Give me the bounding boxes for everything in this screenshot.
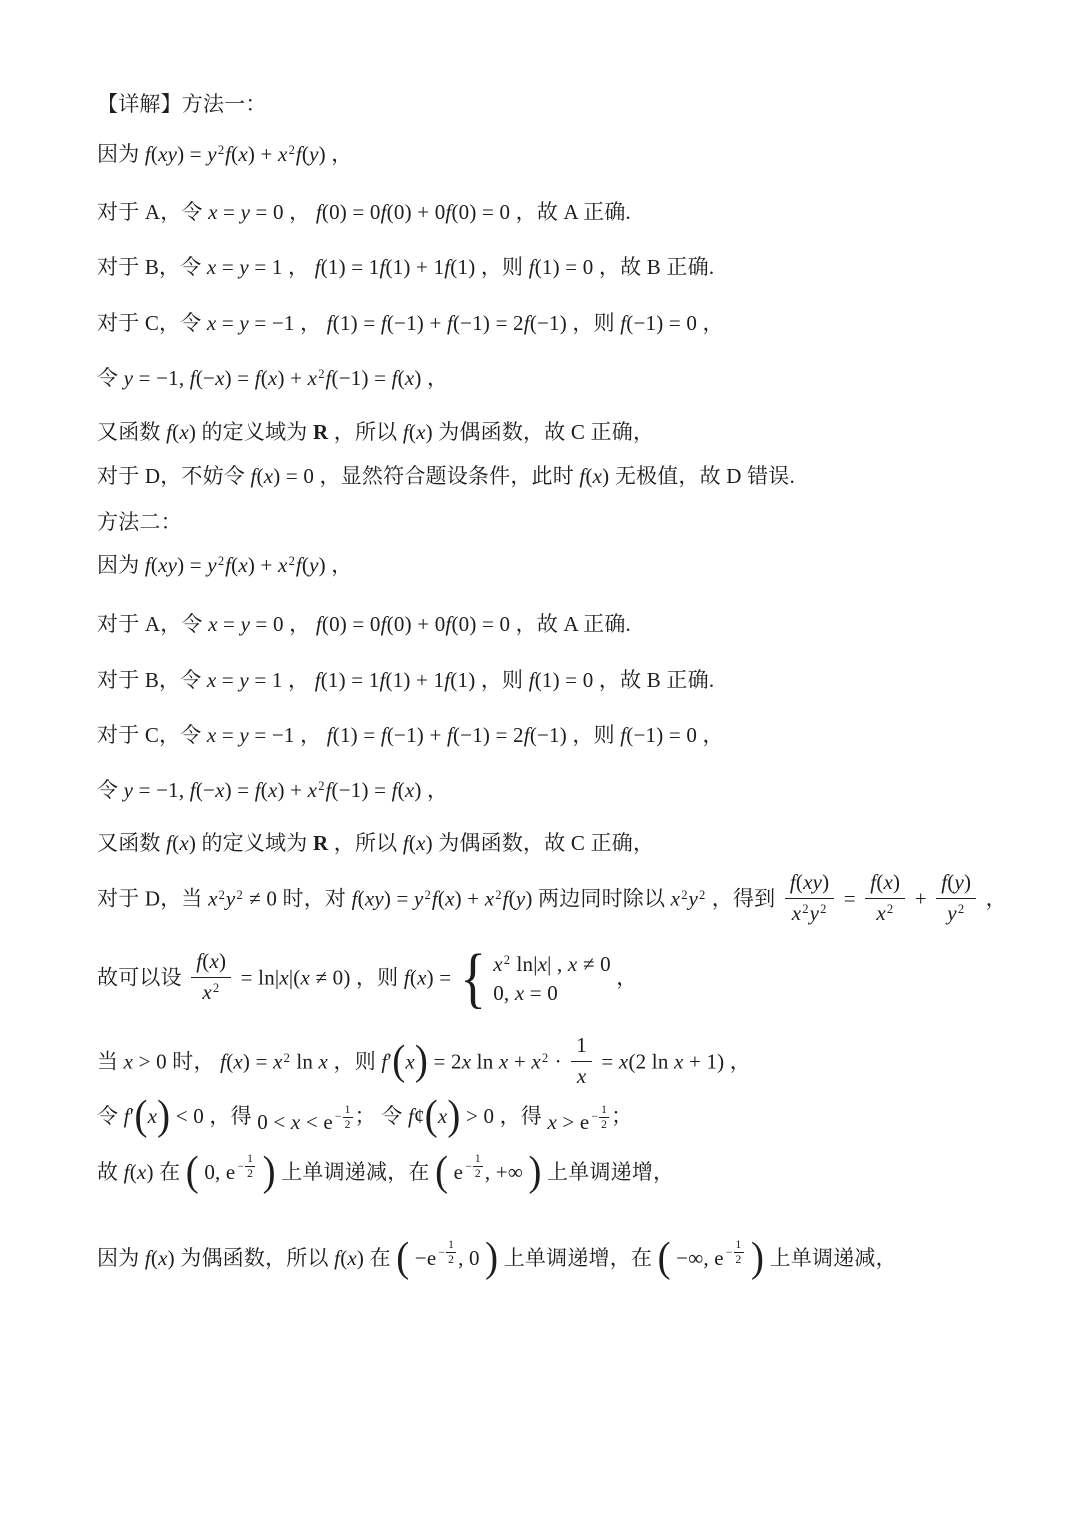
exponent-fraction: −12 <box>591 1104 609 1131</box>
text-run: ) 在 <box>146 1160 185 1184</box>
fraction-numerator: 1 <box>599 1104 609 1118</box>
big-paren: ( <box>186 1154 199 1188</box>
piecewise-row: 0, x = 0 <box>493 981 611 1006</box>
text-run: ln <box>291 1050 319 1074</box>
text-run: = 0 ， <box>250 200 316 224</box>
text-run: ) + <box>278 366 308 390</box>
math-variable: x <box>485 887 495 911</box>
text-run: ≠ 0 <box>577 952 610 976</box>
text-run: −∞, e <box>671 1246 724 1270</box>
text-run: ( <box>398 366 405 390</box>
superscript: 2 <box>288 143 296 157</box>
math-variable: x <box>179 831 189 855</box>
text-run: 故可以设 <box>97 966 187 990</box>
text-run: 故 <box>97 1160 124 1184</box>
math-variable: x <box>124 1050 134 1074</box>
text-run: (1) = 0 ，故 B 正确. <box>535 255 715 279</box>
text-run: (0) + 0 <box>387 200 446 224</box>
text-run: ( <box>876 870 883 894</box>
text-run: (1) = <box>333 311 381 335</box>
superscript: 2 <box>218 888 226 902</box>
text-run: ) + <box>278 778 308 802</box>
big-paren: ( <box>396 1240 409 1274</box>
math-variable: x <box>278 142 288 166</box>
math-variable: y <box>239 668 249 692</box>
text-run: = −1, <box>133 366 190 390</box>
text-run: ) 的定义域为 <box>189 420 313 444</box>
text-run: = <box>216 723 239 747</box>
text-run: ) 两边同时除以 <box>525 887 670 911</box>
math-variable: y <box>516 887 526 911</box>
text-run: 上单调递增，在 <box>498 1246 657 1270</box>
text-run: 当 <box>97 1050 124 1074</box>
fraction-denominator: y2 <box>947 899 965 926</box>
text-run: (1) + 1 <box>386 668 445 692</box>
fraction-denominator: 2 <box>601 1118 607 1131</box>
text-run: 对于 D，不妨令 <box>97 464 250 488</box>
superscript: 2 <box>317 779 325 793</box>
minus-sign: − <box>438 1247 445 1259</box>
math-variable: x <box>876 901 886 925</box>
text-run: (−1) ，则 <box>530 723 620 747</box>
text-run: 【详解】方法一： <box>97 92 267 116</box>
text-run: ) = <box>225 778 255 802</box>
math-variable: x <box>238 142 248 166</box>
text-run: ) 为偶函数，故 C 正确， <box>426 831 655 855</box>
text-run: , +∞ <box>485 1160 529 1184</box>
text-run: (−1) = <box>332 366 392 390</box>
text-run: (0) = 0 <box>322 612 381 636</box>
math-variable: x <box>300 966 310 990</box>
lowered-run: 0 < x < e−12 <box>257 1110 354 1140</box>
math-variable: y <box>207 142 217 166</box>
math-variable: x <box>547 1110 557 1134</box>
document-line: 方法二： <box>97 506 182 536</box>
text-run: ( <box>438 887 445 911</box>
math-variable: x <box>792 901 802 925</box>
math-variable: x <box>405 366 415 390</box>
document-line: 因为 f(xy) = y2f(x) + x2f(y) ， <box>97 549 353 579</box>
text-run: ) ， <box>414 778 448 802</box>
text-run: < e <box>300 1110 332 1134</box>
text-run: ，得到 <box>706 887 781 911</box>
text-run: 对于 B，令 <box>97 255 207 279</box>
superscript: 2 <box>886 902 894 916</box>
document-line: 对于 D，不妨令 f(x) = 0 ，显然符合题设条件，此时 f(x) 无极值，… <box>97 460 795 490</box>
text-run: ) <box>964 870 971 894</box>
math-variable: x <box>158 1246 168 1270</box>
math-variable: y <box>414 887 424 911</box>
text-run: 对于 A，令 <box>97 612 208 636</box>
fraction: f(xy)x2y2 <box>785 870 835 925</box>
fraction-numerator: f(x) <box>865 870 905 898</box>
math-variable: x <box>278 553 288 577</box>
text-run: 又函数 <box>97 420 166 444</box>
math-variable: x <box>179 420 189 444</box>
piecewise-function: {x2 ln|x| , x ≠ 00, x = 0 <box>457 952 611 1006</box>
math-variable: y <box>124 778 134 802</box>
text-run: , 0 <box>458 1246 485 1270</box>
text-run: ) = <box>384 887 414 911</box>
text-run: (−1) + <box>387 723 447 747</box>
superscript: 2 <box>503 953 511 967</box>
text-run: ) 为偶函数，故 C 正确， <box>426 420 655 444</box>
text-run: ln| <box>511 952 538 976</box>
big-paren: ( <box>135 1098 148 1132</box>
minus-sign: − <box>335 1111 342 1123</box>
text-run: ) 无极值，故 D 错误. <box>602 464 795 488</box>
text-run: > e <box>557 1110 589 1134</box>
math-variable: y <box>239 255 249 279</box>
superscript: 2 <box>680 888 688 902</box>
math-variable: x <box>148 1104 158 1128</box>
text-run: = <box>218 612 241 636</box>
math-variable: xy <box>158 142 177 166</box>
math-variable: x <box>319 1050 329 1074</box>
math-variable: x <box>233 1050 243 1074</box>
fraction-denominator: 2 <box>448 1253 454 1266</box>
math-bold-set-symbol: R <box>313 831 328 855</box>
fraction-denominator: 2 <box>247 1167 253 1180</box>
superscript: 2 <box>217 143 225 157</box>
text-run: (0) = 0 ，故 A 正确. <box>451 612 631 636</box>
fraction: f(x)x2 <box>865 870 905 925</box>
math-variable: x <box>208 887 218 911</box>
math-variable: x <box>499 1050 509 1074</box>
document-line: 因为 f(xy) = y2f(x) + x2f(y) ， <box>97 138 353 168</box>
text-run: ) <box>893 870 900 894</box>
text-run: 对于 B，令 <box>97 668 207 692</box>
superscript: 2 <box>217 554 225 568</box>
text-run: ( <box>202 949 209 973</box>
math-variable: x <box>577 1064 587 1088</box>
text-run: ) + <box>248 553 278 577</box>
document-line: 当 x > 0 时， f(x) = x2 ln x ，则 f′(x) = 2x … <box>97 1036 751 1091</box>
math-variable: y <box>124 366 134 390</box>
fraction-numerator: 1 <box>446 1239 456 1253</box>
text-run: (1) ，则 <box>450 255 528 279</box>
text-run: = 2 <box>428 1050 462 1074</box>
text-run: ) = 0 ，显然符合题设条件，此时 <box>273 464 579 488</box>
text-run: ( <box>585 464 592 488</box>
math-variable: x <box>279 966 289 990</box>
fraction-numerator: f(y) <box>936 870 976 898</box>
document-line: 故 f(x) 在 ( 0, e−12 ) 上单调递减，在 ( e−12, +∞ … <box>97 1156 674 1190</box>
text-run: 对于 C，令 <box>97 311 207 335</box>
text-run: (−1) + <box>387 311 447 335</box>
text-run: ) = <box>177 142 207 166</box>
math-variable: x <box>308 366 318 390</box>
superscript: 2 <box>288 554 296 568</box>
text-run: = <box>216 255 239 279</box>
document-line: 对于 A，令 x = y = 0 ， f(0) = 0f(0) + 0f(0) … <box>97 196 631 226</box>
fraction-denominator: 2 <box>345 1118 351 1131</box>
text-run: ¢ <box>414 1104 425 1128</box>
text-run: ) = <box>225 366 255 390</box>
math-variable: x <box>202 980 212 1004</box>
document-line: 又函数 f(x) 的定义域为 R ，所以 f(x) 为偶函数，故 C 正确， <box>97 827 654 857</box>
document-line: 对于 C，令 x = y = −1 ， f(1) = f(−1) + f(−1)… <box>97 307 724 337</box>
fraction: f(x)x2 <box>191 949 231 1004</box>
text-run: 对于 A，令 <box>97 200 208 224</box>
text-run: = <box>596 1050 619 1074</box>
text-run: (1) + 1 <box>386 255 445 279</box>
text-run: > 0 时， <box>133 1050 220 1074</box>
text-run: 令 <box>97 778 124 802</box>
math-variable: x <box>264 464 274 488</box>
text-run: (−1) ，则 <box>530 311 620 335</box>
math-variable: x <box>416 420 426 444</box>
math-variable: x <box>417 966 427 990</box>
text-run: 令 <box>97 1104 124 1128</box>
text-run: ，所以 <box>328 420 403 444</box>
text-run: + 1) ， <box>684 1050 752 1074</box>
math-variable: y <box>309 142 319 166</box>
text-run: (0) = 0 <box>322 200 381 224</box>
math-variable: x <box>215 778 225 802</box>
text-run: = 1 ， <box>249 668 315 692</box>
document-line: 因为 f(x) 为偶函数，所以 f(x) 在 ( −e−12, 0 ) 上单调递… <box>97 1242 897 1276</box>
text-run: | , <box>547 952 568 976</box>
fraction: 1x <box>571 1033 592 1088</box>
text-run: 对于 D，当 <box>97 887 208 911</box>
left-brace: { <box>460 952 486 1004</box>
superscript: 2 <box>317 367 325 381</box>
document-line: 对于 B，令 x = y = 1 ， f(1) = 1f(1) + 1f(1) … <box>97 251 714 281</box>
fraction-denominator: x2 <box>202 978 220 1005</box>
math-variable: x <box>531 1050 541 1074</box>
text-run: (1) = 0 ，故 B 正确. <box>535 668 715 692</box>
fraction-numerator: 1 <box>734 1239 744 1253</box>
superscript: 2 <box>698 888 706 902</box>
math-variable: y <box>954 870 964 894</box>
text-run: ≠ 0) ，则 <box>310 966 404 990</box>
text-run: ) 为偶函数，所以 <box>168 1246 335 1270</box>
big-paren: ) <box>415 1044 428 1078</box>
text-run: ) = <box>177 553 207 577</box>
superscript: 2 <box>235 888 243 902</box>
text-run: = 0 <box>524 981 558 1005</box>
math-variable: x <box>137 1160 147 1184</box>
text-run: 1 <box>576 1033 587 1057</box>
math-variable: x <box>593 464 603 488</box>
minus-sign: − <box>726 1247 733 1259</box>
fraction-stack: 12 <box>734 1239 744 1266</box>
text-run: (1) = 1 <box>321 668 380 692</box>
text-run: |( <box>289 966 301 990</box>
text-run: (− <box>196 778 215 802</box>
superscript: 2 <box>541 1051 549 1065</box>
text-run: ( <box>409 831 416 855</box>
math-variable: x <box>538 952 548 976</box>
superscript: 2 <box>957 902 965 916</box>
math-variable: x <box>215 366 225 390</box>
superscript: 2 <box>283 1051 291 1065</box>
text-run: (1) ，则 <box>450 668 528 692</box>
math-variable: x <box>208 612 218 636</box>
text-run: 令 <box>97 366 124 390</box>
math-variable: y <box>309 553 319 577</box>
exponent-fraction: −12 <box>465 1153 483 1180</box>
math-variable: xy <box>158 553 177 577</box>
fraction-numerator: f(xy) <box>785 870 835 898</box>
text-run: 0 < <box>257 1110 291 1134</box>
math-variable: x <box>671 887 681 911</box>
text-run: = <box>216 668 239 692</box>
text-run: ) <box>822 870 829 894</box>
math-variable: x <box>493 952 503 976</box>
big-paren: ) <box>447 1098 460 1132</box>
text-run: ( <box>261 778 268 802</box>
text-run: ) + <box>248 142 278 166</box>
text-run: ( <box>130 1160 137 1184</box>
math-variable: x <box>268 778 278 802</box>
fraction-numerator: 1 <box>245 1153 255 1167</box>
superscript: 2 <box>494 888 502 902</box>
fraction-denominator: 2 <box>736 1253 742 1266</box>
text-run: ) ， <box>414 366 448 390</box>
text-run: + <box>909 887 932 911</box>
document-line: 对于 B，令 x = y = 1 ， f(1) = 1f(1) + 1f(1) … <box>97 664 714 694</box>
text-run: ； <box>611 1104 632 1128</box>
fraction-denominator: x2 <box>876 899 894 926</box>
big-paren: ) <box>751 1240 764 1274</box>
text-run: ) ， <box>319 553 353 577</box>
text-run: · <box>549 1050 567 1074</box>
text-run: e <box>448 1160 463 1184</box>
text-run: ( <box>261 366 268 390</box>
math-variable: x <box>674 1050 684 1074</box>
fraction-numerator: 1 <box>473 1153 483 1167</box>
document-line: 又函数 f(x) 的定义域为 R ，所以 f(x) 为偶函数，故 C 正确， <box>97 416 654 446</box>
document-line: 对于 A，令 x = y = 0 ， f(0) = 0f(0) + 0f(0) … <box>97 608 631 638</box>
math-variable: y <box>207 553 217 577</box>
superscript: 2 <box>801 902 809 916</box>
math-variable: y <box>241 200 251 224</box>
text-run: (−1) = <box>332 778 392 802</box>
text-run: + <box>508 1050 531 1074</box>
text-run: (−1) = 2 <box>453 723 524 747</box>
fraction-denominator: 2 <box>475 1167 481 1180</box>
document-line: 对于 D，当 x2y2 ≠ 0 时，对 f(xy) = y2f(x) + x2f… <box>97 873 1007 928</box>
document-line: 故可以设 f(x)x2 = ln|x|(x ≠ 0) ，则 f(x) = {x2… <box>97 952 637 1007</box>
text-run: = <box>216 311 239 335</box>
text-run: ； 令 <box>355 1104 408 1128</box>
math-variable: y <box>810 901 820 925</box>
text-run: ) = <box>243 1050 273 1074</box>
big-paren: ( <box>658 1240 671 1274</box>
text-run: ( <box>409 420 416 444</box>
document-line: 令 y = −1, f(−x) = f(x) + x2f(−1) = f(x) … <box>97 362 448 392</box>
text-run: ( <box>410 966 417 990</box>
fraction-stack: 12 <box>245 1153 255 1180</box>
text-run: ) = <box>427 966 457 990</box>
math-variable: x <box>210 949 220 973</box>
text-run: (− <box>196 366 215 390</box>
document-line: 【详解】方法一： <box>97 88 267 118</box>
math-variable: x <box>273 1050 283 1074</box>
fraction: f(y)y2 <box>936 870 976 925</box>
text-run: ln <box>471 1050 499 1074</box>
text-run: (−1) = 0 ， <box>626 311 723 335</box>
text-run: 方法二： <box>97 510 182 534</box>
solution-page: 【详解】方法一：因为 f(xy) = y2f(x) + x2f(y) ，对于 A… <box>0 0 1080 1528</box>
text-run: (1) = <box>333 723 381 747</box>
math-variable: y <box>947 901 957 925</box>
math-variable: x <box>515 981 525 1005</box>
text-run: (−1) = 0 ， <box>626 723 723 747</box>
math-variable: x <box>347 1246 357 1270</box>
big-paren: ) <box>263 1154 276 1188</box>
text-run: = 0 ， <box>250 612 316 636</box>
text-run: ，所以 <box>328 831 403 855</box>
big-paren: ) <box>485 1240 498 1274</box>
text-run: ) <box>219 949 226 973</box>
exponent-fraction: −12 <box>438 1239 456 1266</box>
math-variable: x <box>462 1050 472 1074</box>
fraction-stack: 12 <box>599 1104 609 1131</box>
text-run: = −1 ， <box>249 311 327 335</box>
text-run: 又函数 <box>97 831 166 855</box>
math-variable: x <box>308 778 318 802</box>
superscript: 2 <box>212 981 220 995</box>
big-paren: ) <box>528 1154 541 1188</box>
fraction-numerator: 1 <box>571 1033 592 1061</box>
text-run: 因为 <box>97 553 145 577</box>
exponent-fraction: −12 <box>726 1239 744 1266</box>
text-run: ( <box>398 778 405 802</box>
math-variable: x <box>438 1104 448 1128</box>
math-variable: x <box>884 870 894 894</box>
exponent-fraction: −12 <box>335 1104 353 1131</box>
text-run: ( <box>509 887 516 911</box>
text-run: ，则 <box>328 1050 381 1074</box>
document-line: 令 f′(x) < 0 ，得 0 < x < e−12； 令 f¢(x) > 0… <box>97 1100 632 1134</box>
piecewise-rows: x2 ln|x| , x ≠ 00, x = 0 <box>493 952 611 1006</box>
text-run: 上单调递增， <box>542 1160 675 1184</box>
text-run: ≠ 0 时，对 <box>244 887 352 911</box>
math-variable: xy <box>365 887 384 911</box>
text-run: (−1) = 2 <box>453 311 524 335</box>
text-run: = −1 ， <box>249 723 327 747</box>
document-line: 对于 C，令 x = y = −1 ， f(1) = f(−1) + f(−1)… <box>97 719 724 749</box>
text-run: = 1 ， <box>249 255 315 279</box>
text-run: 上单调递减， <box>764 1246 897 1270</box>
fraction-numerator: f(x) <box>191 949 231 977</box>
text-run: > 0 ，得 <box>461 1104 548 1128</box>
math-variable: x <box>405 778 415 802</box>
lowered-run: x > e−12 <box>547 1110 611 1140</box>
minus-sign: − <box>591 1111 598 1123</box>
fraction-denominator: x2y2 <box>792 899 828 926</box>
minus-sign: − <box>465 1161 472 1173</box>
text-run: = <box>218 200 241 224</box>
text-run: ， <box>611 966 638 990</box>
text-run: ( <box>358 887 365 911</box>
math-variable: y <box>239 311 249 335</box>
text-run: ( <box>257 464 264 488</box>
text-run: (2 ln <box>628 1050 674 1074</box>
math-variable: xy <box>803 870 822 894</box>
big-paren: ) <box>157 1098 170 1132</box>
text-run: (0) = 0 ，故 A 正确. <box>451 200 631 224</box>
big-paren: ( <box>392 1044 405 1078</box>
fraction-stack: 12 <box>343 1104 353 1131</box>
big-paren: ( <box>435 1154 448 1188</box>
text-run: 上单调递减，在 <box>276 1160 435 1184</box>
text-run: 0, e <box>199 1160 236 1184</box>
fraction-denominator: x <box>577 1062 587 1089</box>
